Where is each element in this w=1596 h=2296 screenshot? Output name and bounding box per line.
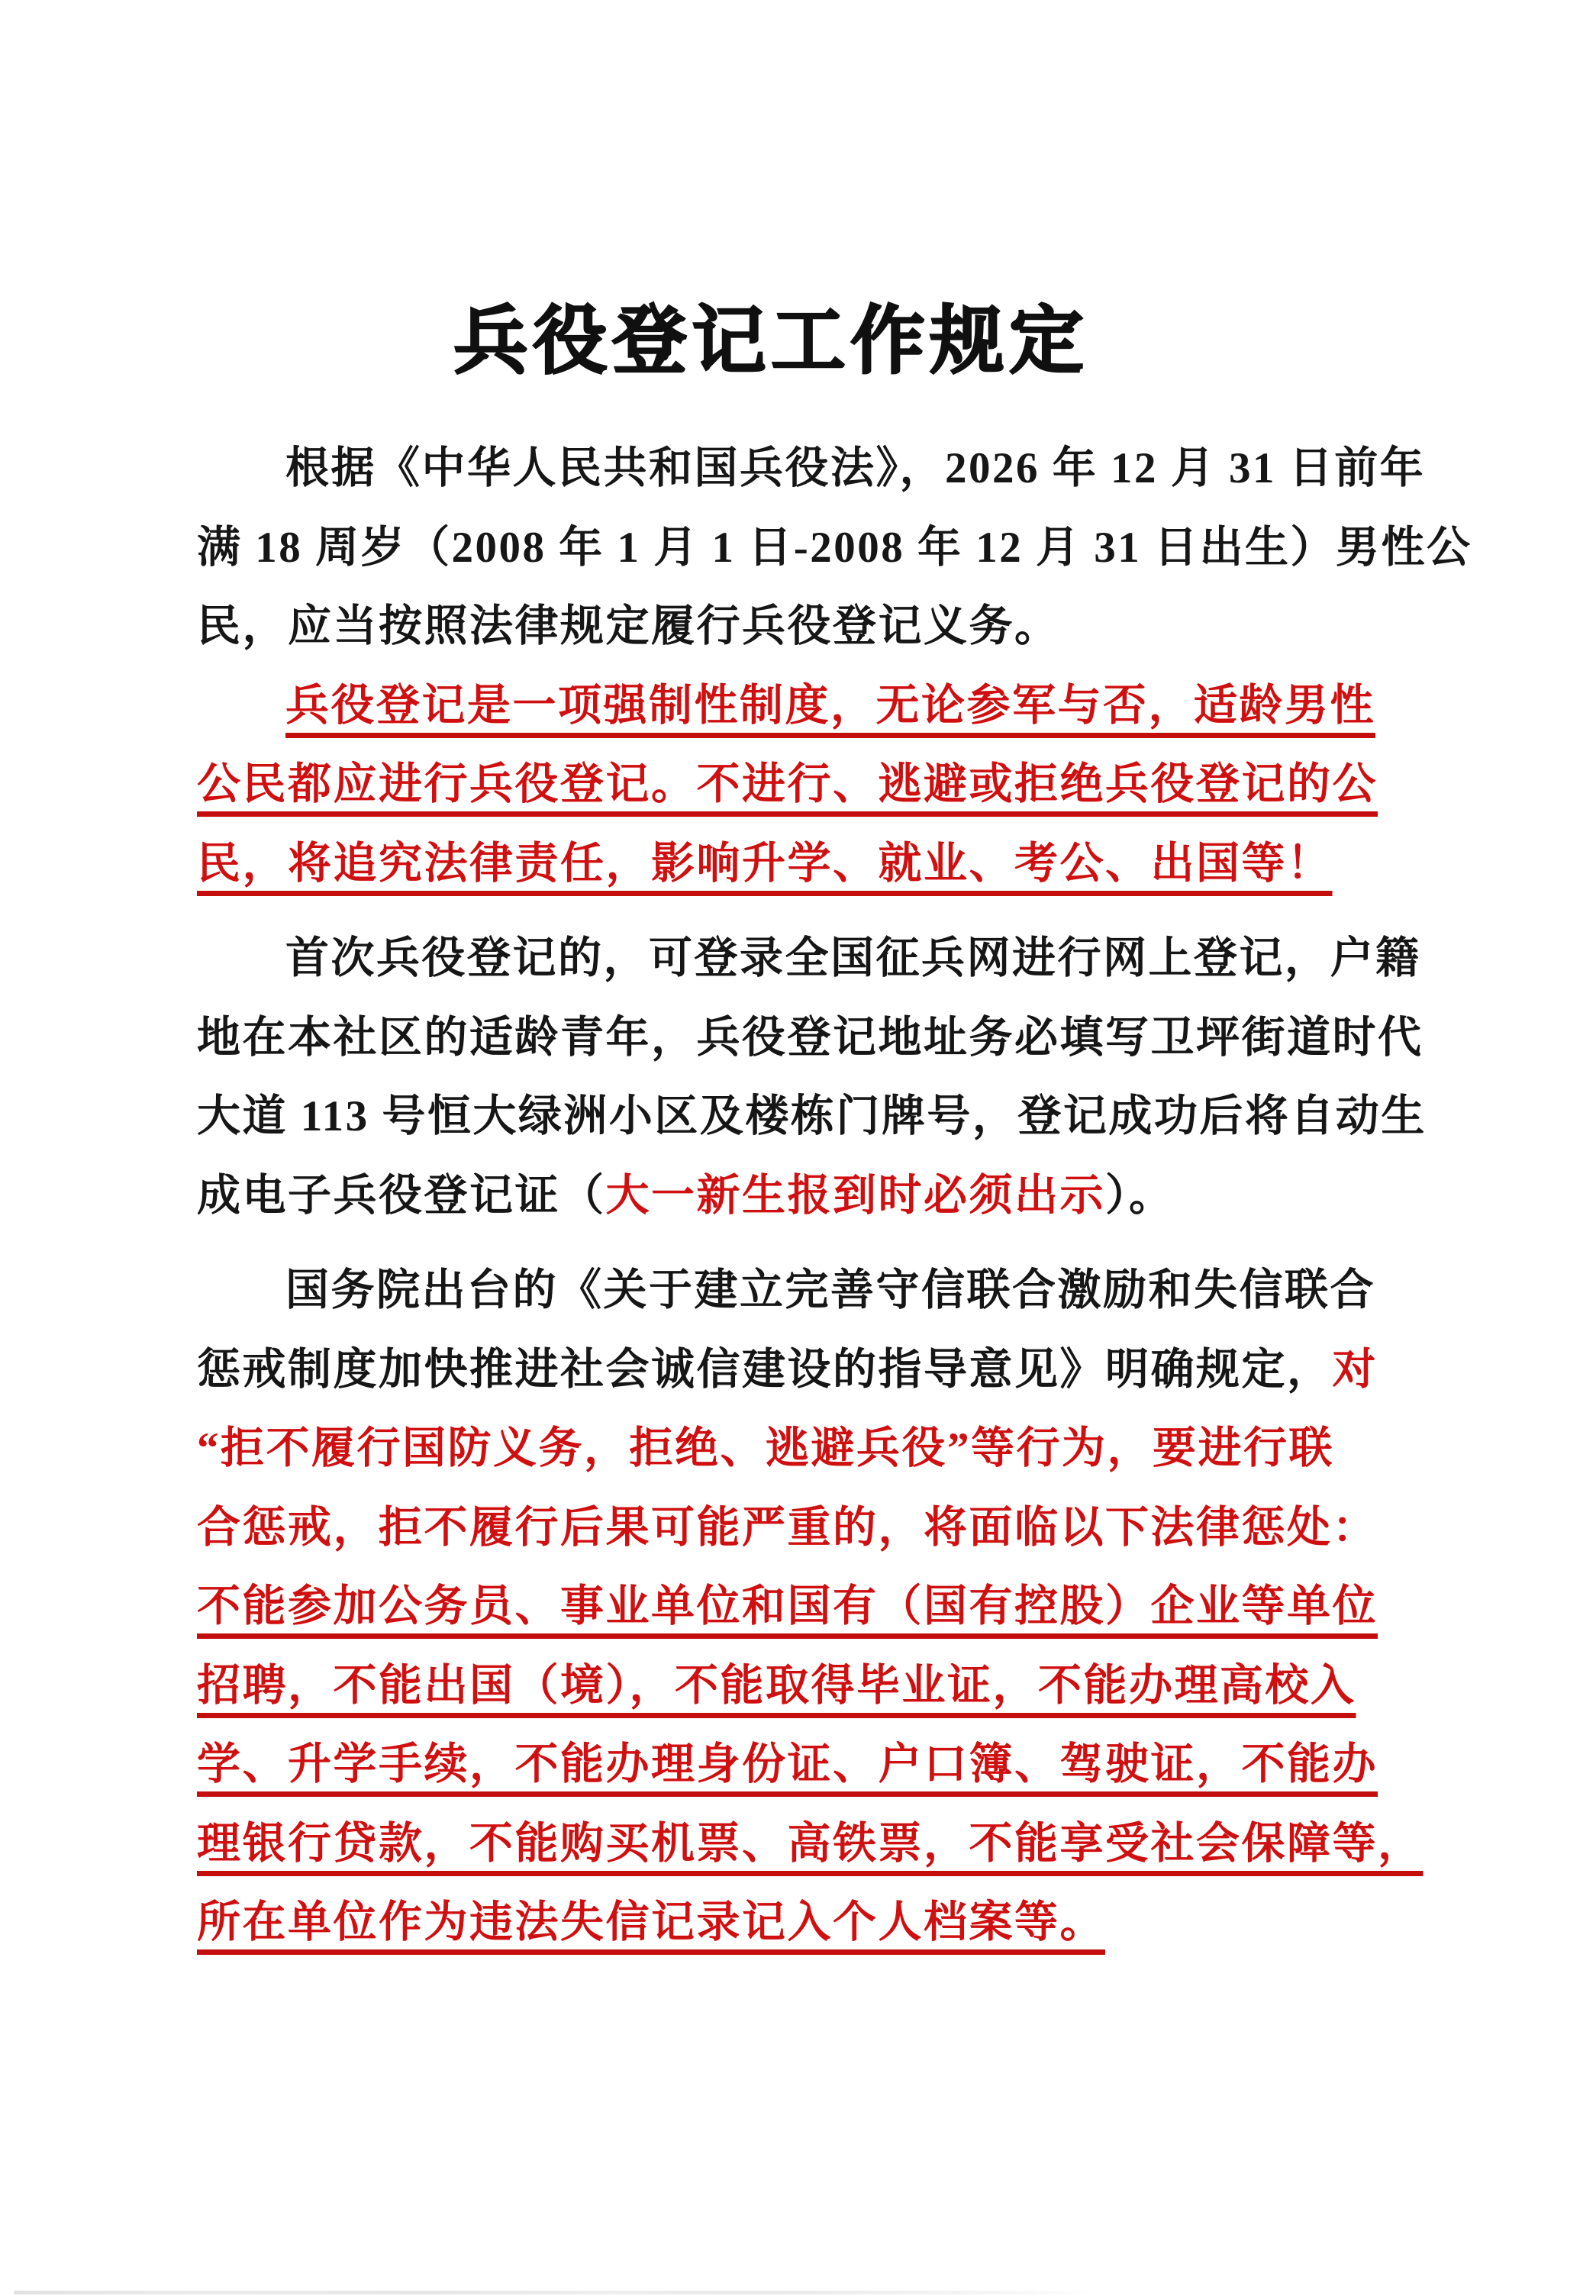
text-line: 满 18 周岁（2008 年 1 月 1 日-2008 年 12 月 31 日出… [197, 508, 1418, 588]
paragraph: 根据《中华人民共和国兵役法》，2026 年 12 月 31 日前年满 18 周岁… [197, 429, 1418, 666]
text-segment: 成电子兵役登记证（ [197, 1172, 606, 1220]
text-line: 成电子兵役登记证（大一新生报到时必须出示）。 [197, 1156, 1418, 1236]
document-title: 兵役登记工作规定 [0, 281, 1569, 388]
paragraph: 首次兵役登记的，可登录全国征兵网进行网上登记，户籍地在本社区的适龄青年，兵役登记… [197, 919, 1418, 1235]
text-segment: 大道 113 号恒大绿洲小区及楼栋门牌号，登记成功后将自动生 [197, 1092, 1427, 1140]
text-line: 国务院出台的《关于建立完善守信联合激励和失信联合 [197, 1251, 1418, 1330]
text-line: 不能参加公务员、事业单位和国有（国有控股）企业等单位 [197, 1567, 1418, 1646]
text-line: 招聘，不能出国（境），不能取得毕业证，不能办理高校入 [197, 1646, 1418, 1726]
text-line: 地在本社区的适龄青年，兵役登记地址务必填写卫坪街道时代 [197, 998, 1418, 1078]
text-segment-red-underline: 学、升学手续，不能办理身份证、户口簿、驾驶证，不能办 [197, 1740, 1378, 1788]
text-line: 民，将追究法律责任，影响升学、就业、考公、出国等！ [197, 824, 1418, 904]
paragraph: 兵役登记是一项强制性制度，无论参军与否，适龄男性公民都应进行兵役登记。不进行、逃… [197, 666, 1418, 904]
text-segment: 根据《中华人民共和国兵役法》，2026 年 12 月 31 日前年 [285, 444, 1425, 492]
text-segment-red-underline: 理银行贷款，不能购买机票、高铁票，不能享受社会保障等， [197, 1820, 1424, 1868]
document-body: 根据《中华人民共和国兵役法》，2026 年 12 月 31 日前年满 18 周岁… [197, 429, 1418, 1962]
text-segment-red-underline: 不能参加公务员、事业单位和国有（国有控股）企业等单位 [197, 1582, 1378, 1630]
text-segment-red: “拒不履行国防义务，拒绝、逃避兵役”等行为，要进行联 [197, 1424, 1334, 1472]
text-segment-red: 对 [1333, 1346, 1378, 1394]
text-line: 理银行贷款，不能购买机票、高铁票，不能享受社会保障等， [197, 1804, 1418, 1884]
text-line: 兵役登记是一项强制性制度，无论参军与否，适龄男性 [197, 666, 1418, 746]
text-line: 学、升学手续，不能办理身份证、户口簿、驾驶证，不能办 [197, 1725, 1418, 1804]
text-segment: 满 18 周岁（2008 年 1 月 1 日-2008 年 12 月 31 日出… [197, 524, 1472, 572]
text-segment: 地在本社区的适龄青年，兵役登记地址务必填写卫坪街道时代 [197, 1014, 1424, 1062]
paragraph: 国务院出台的《关于建立完善守信联合激励和失信联合惩戒制度加快推进社会诚信建设的指… [197, 1251, 1418, 1962]
text-segment: 惩戒制度加快推进社会诚信建设的指导意见》明确规定， [197, 1346, 1333, 1394]
text-line: 所在单位作为违法失信记录记入个人档案等。 [197, 1883, 1418, 1962]
scan-edge-artifact [14, 2291, 1098, 2294]
text-line: 公民都应进行兵役登记。不进行、逃避或拒绝兵役登记的公 [197, 745, 1418, 824]
text-line: 惩戒制度加快推进社会诚信建设的指导意见》明确规定，对 [197, 1330, 1418, 1410]
text-segment: 首次兵役登记的，可登录全国征兵网进行网上登记，户籍 [285, 934, 1421, 982]
text-line: 根据《中华人民共和国兵役法》，2026 年 12 月 31 日前年 [197, 429, 1418, 508]
text-segment-red-underline: 民，将追究法律责任，影响升学、就业、考公、出国等！ [197, 840, 1333, 888]
document-page: 兵役登记工作规定 根据《中华人民共和国兵役法》，2026 年 12 月 31 日… [0, 0, 1596, 2296]
text-segment-red: 大一新生报到时必须出示 [606, 1172, 1106, 1220]
text-line: 大道 113 号恒大绿洲小区及楼栋门牌号，登记成功后将自动生 [197, 1077, 1418, 1156]
text-line: 民，应当按照法律规定履行兵役登记义务。 [197, 587, 1418, 666]
text-segment: ）。 [1105, 1172, 1175, 1220]
text-segment-red-underline: 兵役登记是一项强制性制度，无论参军与否，适龄男性 [285, 682, 1375, 730]
text-segment: 民，应当按照法律规定履行兵役登记义务。 [197, 602, 1060, 650]
text-segment-red-underline: 所在单位作为违法失信记录记入个人档案等。 [197, 1898, 1105, 1946]
text-segment-red-underline: 招聘，不能出国（境），不能取得毕业证，不能办理高校入 [197, 1662, 1356, 1710]
text-line: “拒不履行国防义务，拒绝、逃避兵役”等行为，要进行联 [197, 1409, 1418, 1488]
text-segment: 国务院出台的《关于建立完善守信联合激励和失信联合 [285, 1266, 1375, 1314]
text-line: 首次兵役登记的，可登录全国征兵网进行网上登记，户籍 [197, 919, 1418, 998]
text-segment-red-underline: 公民都应进行兵役登记。不进行、逃避或拒绝兵役登记的公 [197, 760, 1378, 808]
text-segment-red: 合惩戒，拒不履行后果可能严重的，将面临以下法律惩处： [197, 1504, 1378, 1552]
text-line: 合惩戒，拒不履行后果可能严重的，将面临以下法律惩处： [197, 1488, 1418, 1568]
